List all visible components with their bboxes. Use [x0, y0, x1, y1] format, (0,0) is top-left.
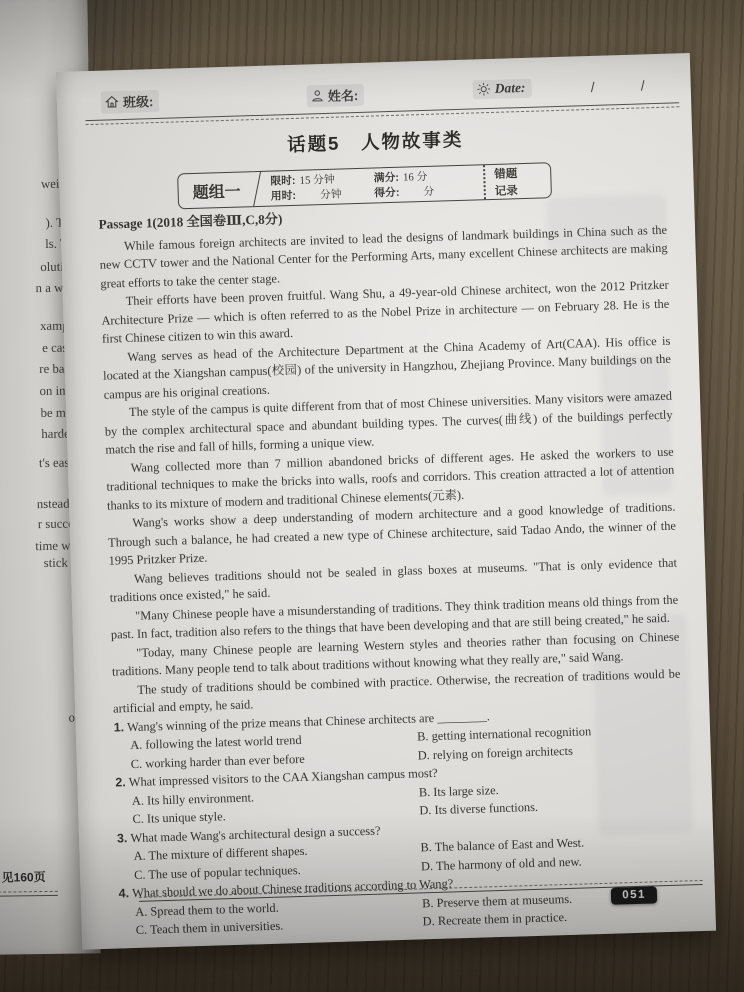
question-group-box: 题组一 限时: 15 分钟 满分: 16 分 用时: 分钟	[177, 162, 552, 209]
name-field: 姓名:	[307, 84, 365, 108]
sun-icon	[477, 82, 491, 96]
date-field: Date:	[472, 79, 531, 100]
page-number-badge: 051	[611, 886, 657, 904]
questions: 1. Wang's winning of the prize means tha…	[113, 701, 687, 940]
score-earned: 得分: 分	[374, 182, 478, 200]
class-field: 班级:	[101, 90, 160, 114]
date-slash: /	[640, 77, 644, 93]
blank-fill	[296, 195, 316, 196]
blank-fill	[399, 192, 419, 193]
workbook-page: 班级: 姓名: Date: / / 话题5 人物故事类 题组一 限时: 15 分…	[56, 53, 716, 950]
wrong-question-record: 错题 记录	[483, 163, 551, 199]
home-icon	[105, 95, 119, 108]
class-label: 班级:	[123, 91, 154, 111]
left-page-footer-note: 见160页	[2, 868, 46, 886]
record-label: 记录	[495, 181, 551, 199]
person-icon	[311, 89, 324, 102]
page-body: Passage 1(2018 全国卷Ⅲ,C,8分) While famous f…	[98, 199, 687, 940]
date-label: Date:	[494, 80, 525, 97]
name-label: 姓名:	[328, 85, 359, 105]
page-title: 话题5 人物故事类	[58, 119, 692, 164]
passage-paragraphs: While famous foreign architects are invi…	[99, 220, 681, 718]
left-page-footer-line	[0, 891, 58, 897]
time-used: 用时: 分钟	[271, 186, 375, 204]
date-slash: /	[590, 79, 594, 95]
wrong-label: 错题	[494, 164, 550, 182]
question-group-stats: 限时: 15 分钟 满分: 16 分 用时: 分钟 得分: 分	[254, 165, 484, 206]
question-group-label: 题组一	[178, 172, 255, 208]
